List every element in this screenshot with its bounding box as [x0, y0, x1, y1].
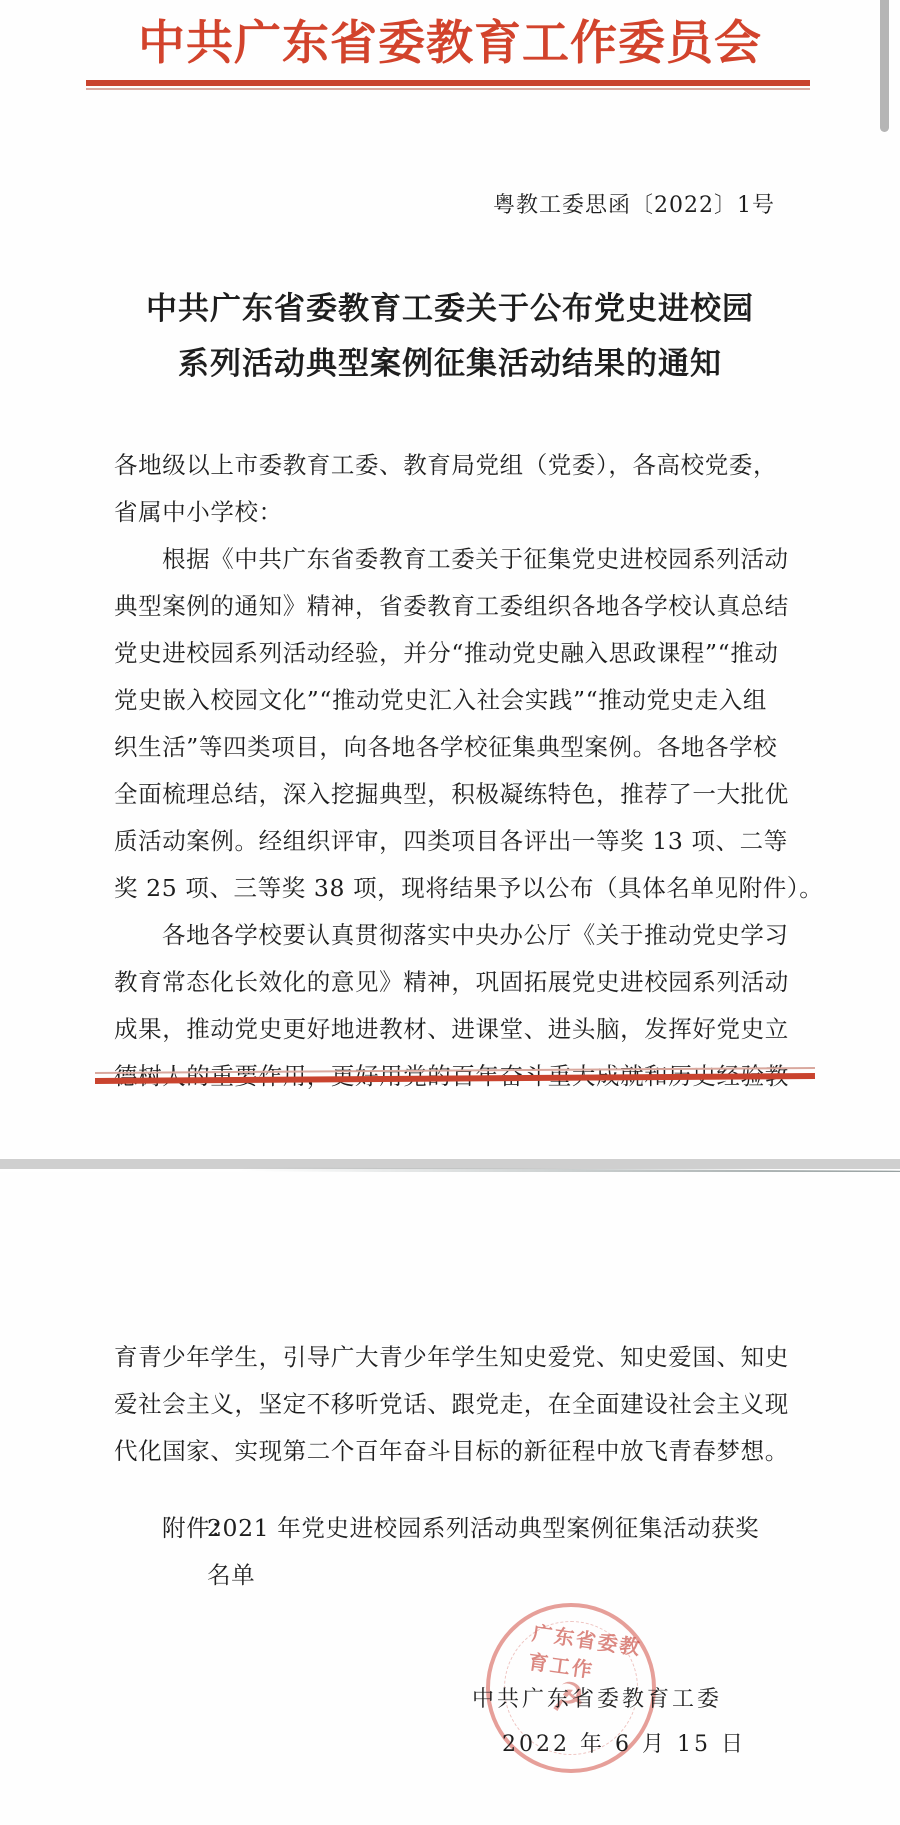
body-line: 代化国家、实现第二个百年奋斗目标的新征程中放飞青春梦想。 — [114, 1432, 789, 1466]
notice-title-line-1: 中共广东省委教育工委关于公布党史进校园 — [0, 283, 900, 328]
body-line: 全面梳理总结，深入挖掘典型，积极凝练特色，推荐了一大批优 — [114, 775, 789, 809]
document-page-1: 中共广东省委教育工作委员会 粤教工委思函〔2022〕1号 中共广东省委教育工委关… — [0, 0, 900, 1158]
document-page-2 — [0, 1172, 900, 1825]
scrollbar-thumb[interactable] — [880, 0, 889, 132]
body-line: 成果，推动党史更好地进教材、进课堂、进头脑，发挥好党史立 — [114, 1010, 789, 1044]
body-line: 典型案例的通知》精神，省委教育工委组织各地各学校认真总结 — [114, 587, 789, 621]
body-line: 爱社会主义，坚定不移听党话、跟党走，在全面建设社会主义现 — [114, 1385, 789, 1419]
masthead-rule-thin — [86, 88, 810, 90]
attachment-title-line-2[interactable]: 名单 — [207, 1556, 255, 1590]
attachment-title-line-1[interactable]: 2021 年党史进校园系列活动典型案例征集活动获奖 — [207, 1509, 759, 1543]
masthead-title: 中共广东省委教育工作委员会 — [0, 6, 900, 73]
document-number: 粤教工委思函〔2022〕1号 — [493, 188, 775, 219]
notice-title-line-2: 系列活动典型案例征集活动结果的通知 — [0, 338, 900, 383]
issuer-name: 中共广东省委教育工委 — [472, 1682, 722, 1713]
body-line: 质活动案例。经组织评审，四类项目各评出一等奖 13 项、二等 — [114, 822, 788, 856]
body-line: 根据《中共广东省委教育工委关于征集党史进校园系列活动 — [162, 540, 789, 574]
masthead-rule-thick — [86, 80, 810, 86]
body-line: 织生活”等四类项目，向各地各学校征集典型案例。各地各学校 — [114, 728, 777, 762]
addressee-line-1: 各地级以上市委教育工委、教育局党组（党委），各高校党委， — [114, 446, 777, 480]
body-line: 教育常态化长效化的意见》精神，巩固拓展党史进校园系列活动 — [114, 963, 789, 997]
body-line: 党史嵌入校园文化”“推动党史汇入社会实践”“推动党史走入组 — [114, 681, 767, 715]
body-line: 育青少年学生，引导广大青少年学生知史爱党、知史爱国、知史 — [114, 1338, 789, 1372]
body-line: 各地各学校要认真贯彻落实中央办公厅《关于推动党史学习 — [162, 916, 789, 950]
addressee-line-2: 省属中小学校： — [114, 493, 283, 527]
issue-date: 2022 年 6 月 15 日 — [502, 1727, 746, 1758]
body-line: 奖 25 项、三等奖 38 项，现将结果予以公布（具体名单见附件）。 — [114, 869, 823, 903]
body-line: 党史进校园系列活动经验，并分“推动党史融入思政课程”“推动 — [114, 634, 778, 668]
